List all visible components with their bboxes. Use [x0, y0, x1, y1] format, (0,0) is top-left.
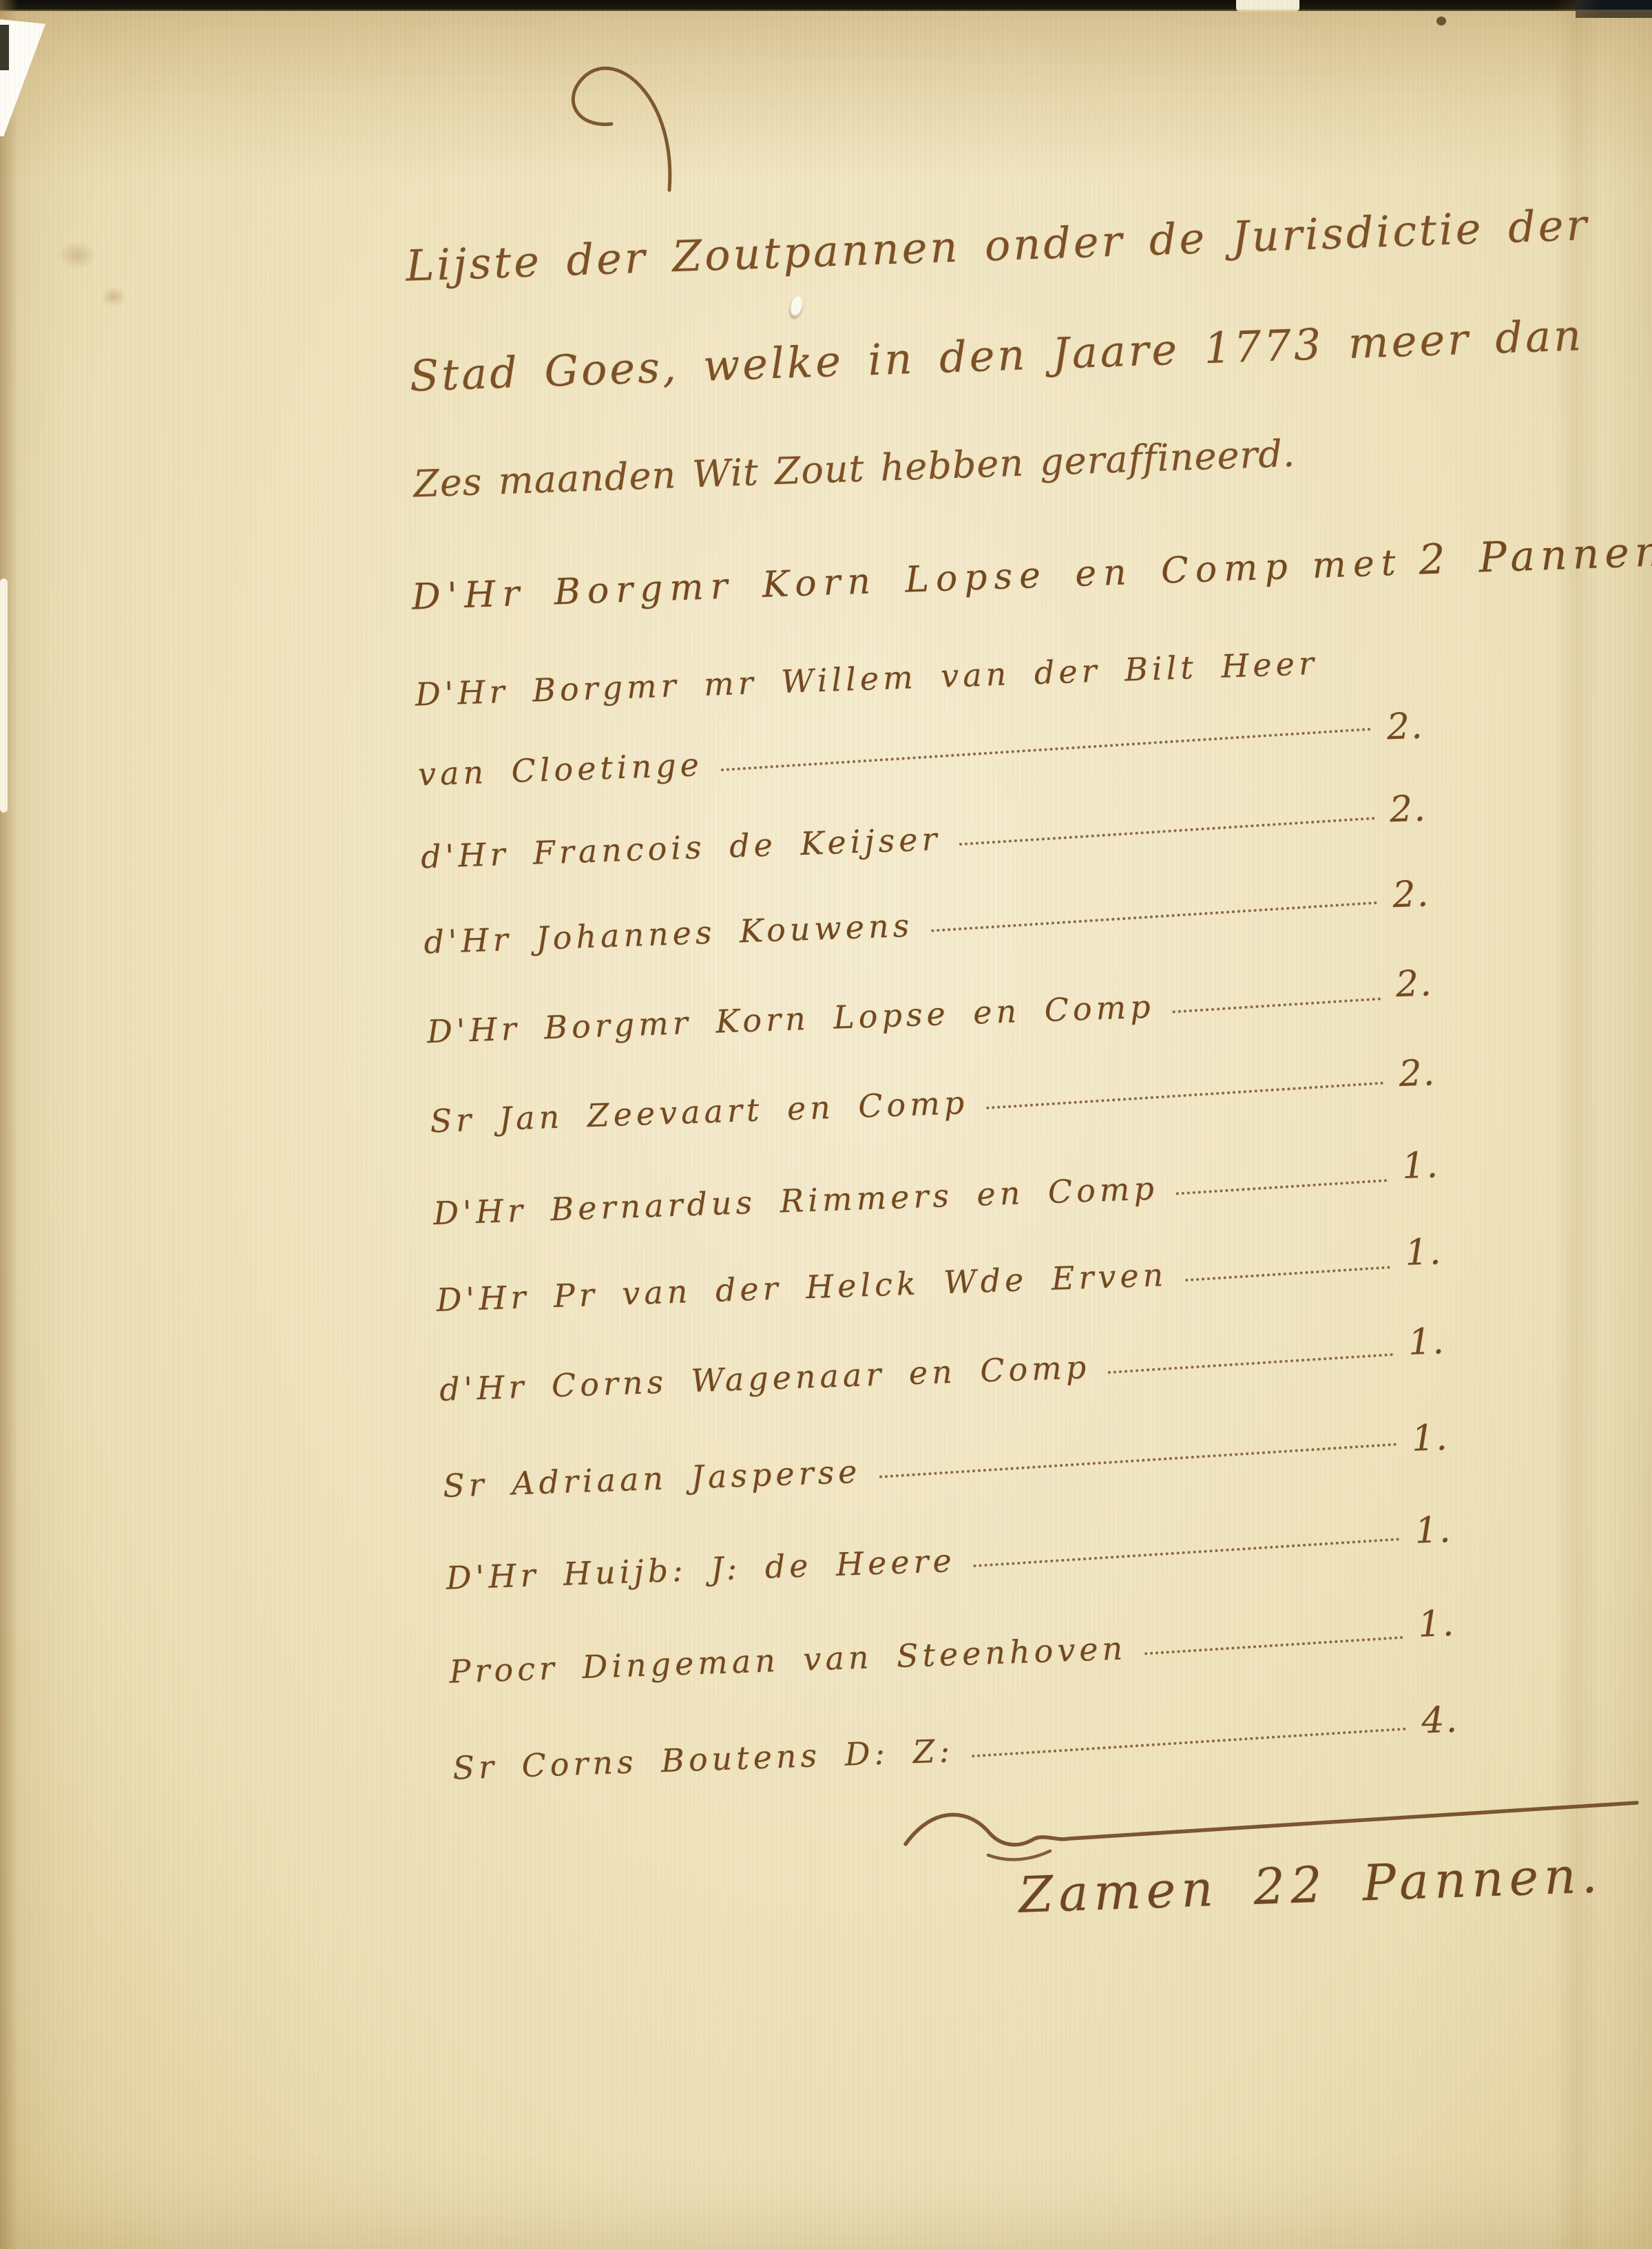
- list-entry: d'Hr Corns Wagenaar en Comp 1.: [439, 1333, 1446, 1410]
- list-entry: D'Hr Borgmr Korn Lopse en Comp met 2 Pan…: [411, 536, 1419, 620]
- dotted-leader: [973, 1534, 1399, 1567]
- ink-speck: [1436, 17, 1446, 25]
- entry-connector: met: [1312, 542, 1403, 587]
- entry-count: 1.: [1405, 1231, 1443, 1274]
- list-entry: Sr Corns Boutens D: Z: 4.: [452, 1712, 1459, 1788]
- top-edge-shading: [0, 10, 1652, 182]
- entry-pannen-count: 2 Pannen: [1418, 527, 1652, 585]
- entry-name: D'Hr Borgmr Korn Lopse en Comp: [426, 987, 1155, 1050]
- entry-name: D'Hr Borgmr mr Willem van der Bilt Heer: [415, 645, 1319, 713]
- title-line-2: Stad Goes, welke in den Jaare 1773 meer …: [409, 310, 1585, 401]
- dotted-leader: [986, 1078, 1384, 1109]
- entry-name: van Cloetinge: [417, 746, 704, 793]
- dotted-leader: [1185, 1262, 1390, 1282]
- dotted-leader: [1175, 1175, 1387, 1195]
- entry-name: Sr Jan Zeevaart en Comp: [430, 1084, 969, 1140]
- entry-count: 2.: [1398, 1052, 1436, 1095]
- dotted-leader: [972, 1724, 1407, 1758]
- list-entry: D'Hr Bernardus Rimmers en Comp 1.: [432, 1157, 1440, 1233]
- entry-name: D'Hr Huijb: J: de Heere: [446, 1542, 956, 1597]
- entry-count: 1.: [1401, 1144, 1440, 1187]
- list-entry: Sr Jan Zeevaart en Comp 2.: [430, 1065, 1437, 1141]
- entry-count: 1.: [1414, 1509, 1453, 1552]
- entry-name: Sr Corns Boutens D: Z:: [452, 1732, 954, 1786]
- list-entry: Procr Dingeman van Steenhoven 1.: [448, 1615, 1456, 1692]
- entry-name: Procr Dingeman van Steenhoven: [449, 1629, 1127, 1690]
- entry-count: 2.: [1389, 788, 1428, 830]
- dotted-leader: [931, 897, 1378, 932]
- dotted-leader: [1144, 1632, 1403, 1655]
- entry-count: 4.: [1421, 1699, 1459, 1742]
- list-entry: D'Hr Borgmr mr Willem van der Bilt Heer: [415, 641, 1422, 713]
- list-entry: D'Hr Huijb: J: de Heere 1.: [446, 1522, 1453, 1598]
- dotted-leader: [1108, 1349, 1394, 1374]
- entry-count: 2.: [1392, 873, 1430, 916]
- entry-count: 1.: [1408, 1321, 1446, 1363]
- entry-count: 1.: [1417, 1603, 1456, 1646]
- entry-name: D'Hr Pr van der Helck Wde Erven: [436, 1256, 1168, 1319]
- dotted-leader: [721, 724, 1372, 771]
- entry-count: 2.: [1395, 963, 1434, 1005]
- entry-count: 2.: [1386, 706, 1425, 749]
- dotted-leader: [1172, 993, 1381, 1013]
- stain-spot: [58, 241, 96, 270]
- entry-name: D'Hr Bernardus Rimmers en Comp: [432, 1169, 1158, 1232]
- manuscript-page: Lijste der Zoutpannen onder de Jurisdict…: [0, 0, 1652, 2249]
- list-entry: D'Hr Borgmr Korn Lopse en Comp 2.: [426, 975, 1434, 1052]
- entry-name: d'Hr Corns Wagenaar en Comp: [439, 1348, 1091, 1408]
- dotted-leader: [879, 1439, 1397, 1478]
- left-paper-edge: [0, 578, 8, 813]
- entry-name: d'Hr Francois de Keijser: [420, 820, 941, 875]
- list-entry: van Cloetinge 2.: [417, 718, 1425, 795]
- title-line-1: Lijste der Zoutpannen onder de Jurisdict…: [405, 200, 1590, 291]
- dotted-leader: [959, 813, 1374, 846]
- title-line-3: Zes maanden Wit Zout hebben geraffineerd…: [412, 432, 1296, 506]
- list-entry: d'Hr Johannes Kouwens 2.: [423, 886, 1430, 962]
- manuscript-content: Lijste der Zoutpannen onder de Jurisdict…: [399, 198, 1652, 2044]
- entry-name: D'Hr Borgmr Korn Lopse en Comp: [411, 546, 1295, 618]
- entry-count: 1.: [1411, 1417, 1450, 1460]
- left-edge-dark-mark: [0, 25, 9, 70]
- left-edge-shading: [0, 0, 18, 2249]
- entry-name: d'Hr Johannes Kouwens: [424, 907, 914, 961]
- total-line: Zamen 22 Pannen.: [1018, 1845, 1604, 1924]
- entry-name: Sr Adriaan Jasperse: [442, 1453, 861, 1505]
- stain-spot: [101, 286, 127, 307]
- list-entry: D'Hr Pr van der Helck Wde Erven 1.: [436, 1244, 1443, 1320]
- list-entry: d'Hr Francois de Keijser 2.: [420, 800, 1428, 877]
- list-entry: Sr Adriaan Jasperse 1.: [442, 1430, 1450, 1506]
